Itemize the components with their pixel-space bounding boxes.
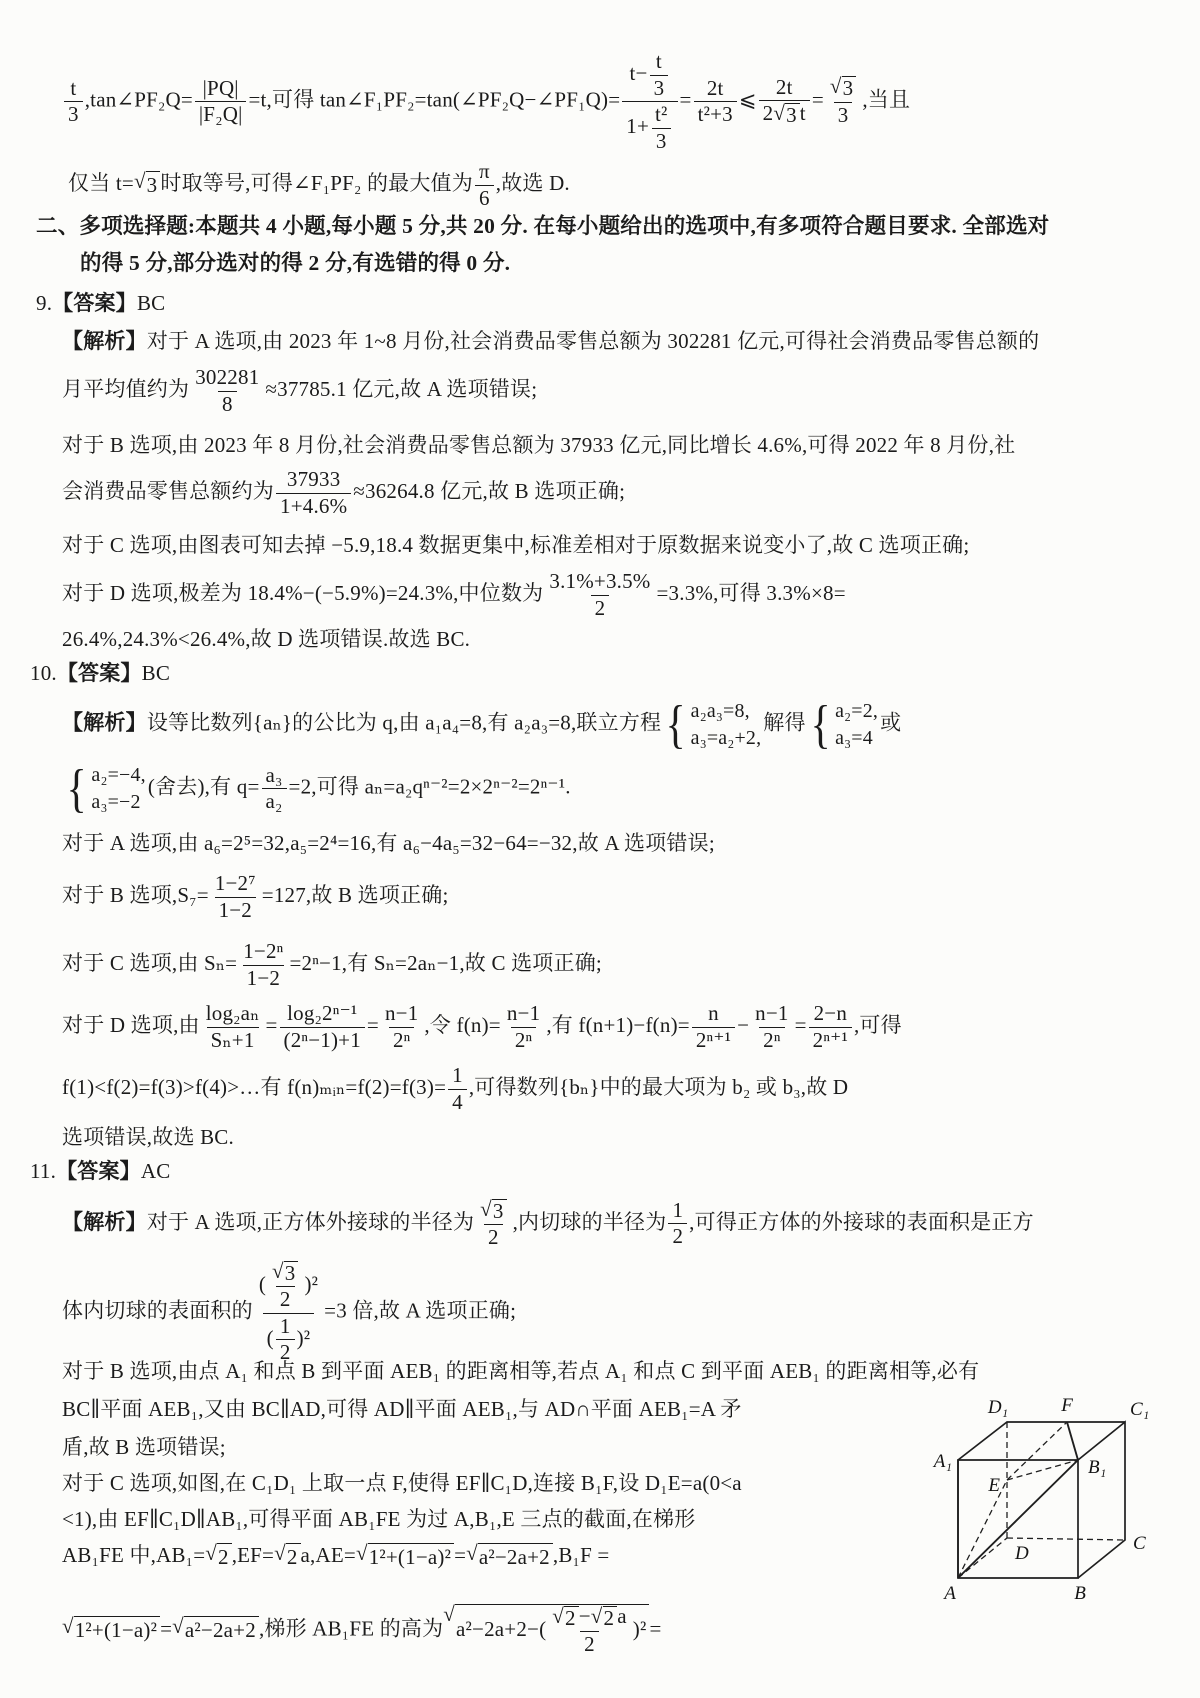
radical: √3: [272, 1261, 298, 1286]
fraction: 12: [668, 1199, 687, 1249]
q10-option-d-2: f(1)<f(2)=f(3)>f(4)>…有 f(n)ₘᵢₙ=f(2)=f(3)…: [62, 1064, 848, 1114]
radical: √3: [773, 103, 799, 128]
q10-option-d-1: 对于 D 选项,由log₂aₙSₙ+1=log₂2ⁿ⁻¹(2ⁿ−1)+1=n−1…: [62, 1002, 902, 1052]
q11-option-c-2: <1),由 EF∥C₁D∥AB₁,可得平面 AB₁FE 为过 A,B₁,E 三点…: [62, 1506, 695, 1533]
fraction: n−12ⁿ: [381, 1002, 422, 1052]
vertex-label-e: E: [987, 1475, 1000, 1496]
fraction: (√32)²(12)²: [255, 1260, 322, 1365]
vertex-label-f: F: [1060, 1395, 1073, 1416]
q9-option-a-1: 【解析】对于 A 选项,由 2023 年 1~8 月份,社会消费品零售总额为 3…: [62, 328, 1039, 355]
fraction: 2t2√3t: [759, 76, 810, 128]
fraction: √32: [476, 1198, 510, 1250]
q8-formula-continued: t3,tan∠PF₂Q=|PQ||F₂Q|=t,可得 tan∠F₁PF₂=tan…: [62, 50, 910, 153]
fraction: 379331+4.6%: [276, 468, 351, 518]
equation-system: {a₂a₃=8,a₃=a₂+2,: [663, 698, 761, 752]
fraction: π6: [475, 160, 494, 210]
fraction: t3: [650, 50, 669, 100]
q11-option-a-2: 体内切球的表面积的(√32)²(12)²=3 倍,故 A 选项正确;: [62, 1260, 516, 1365]
radical: √2: [591, 1606, 617, 1631]
fraction: 3022818: [191, 366, 263, 416]
q11-option-c-4: √1²+(1−a)²=√a²−2a+2,梯形 AB₁FE 的高为√a²−2a+2…: [62, 1604, 662, 1657]
radical: √2: [205, 1543, 231, 1571]
fraction: t3: [64, 77, 83, 127]
vertex-label-d: D: [1014, 1543, 1029, 1564]
radical: √a²−2a+2: [172, 1616, 259, 1644]
radical: √2: [552, 1606, 578, 1631]
q9-option-c: 对于 C 选项,由图表可知去掉 −5.9,18.4 数据更集中,标准差相对于原数…: [62, 532, 969, 559]
q10-answer: 10.【答案】BC: [30, 660, 170, 687]
fraction: √33: [826, 76, 860, 128]
radical: √1²+(1−a)²: [62, 1616, 160, 1644]
q9-option-a-2: 月平均值约为3022818≈37785.1 亿元,故 A 选项错误;: [62, 366, 537, 416]
fraction: n2ⁿ⁺¹: [692, 1002, 735, 1052]
radical: √3: [830, 76, 856, 101]
fraction: 2tt²+3: [694, 77, 737, 127]
vertex-label-a1: A₁: [932, 1451, 952, 1472]
fraction: 1−2ⁿ1−2: [239, 940, 287, 990]
radical: √3: [480, 1199, 506, 1224]
vertex-label-d1: D₁: [987, 1397, 1008, 1418]
q11-option-b-1: 对于 B 选项,由点 A₁ 和点 B 到平面 AEB₁ 的距离相等,若点 A₁ …: [62, 1358, 979, 1385]
vertex-label-a: A: [942, 1583, 956, 1604]
vertex-label-c1: C₁: [1130, 1399, 1149, 1420]
fraction: log₂aₙSₙ+1: [202, 1002, 264, 1052]
section2-header-line1: 二、多项选择题:本题共 4 小题,每小题 5 分,共 20 分. 在每小题给出的…: [36, 213, 1049, 241]
equation-system: {a₂=2,a₃=4: [808, 698, 878, 752]
equation-system: {a₂=−4,a₃=−2: [64, 762, 146, 816]
q10-option-a: 对于 A 选项,由 a₆=2⁵=32,a₅=2⁴=16,有 a₆−4a₅=32−…: [62, 830, 715, 857]
vertex-label-c: C: [1133, 1533, 1146, 1554]
q10-analysis-1: 【解析】设等比数列{aₙ}的公比为 q,由 a₁a₄=8,有 a₂a₃=8,联立…: [62, 698, 901, 752]
radical: √3: [134, 171, 160, 199]
q8-conclusion: 仅当 t=√3时取等号,可得∠F₁PF₂ 的最大值为π6,故选 D.: [68, 160, 570, 210]
radical: √2: [274, 1543, 300, 1571]
q11-option-b-3: 盾,故 B 选项错误;: [62, 1434, 226, 1461]
fraction: a₃a₂: [262, 764, 287, 814]
fraction: 14: [448, 1064, 467, 1114]
radical: √a²−2a+2: [466, 1543, 553, 1571]
radical: √a²−2a+2−(√2−√2a2)²: [443, 1604, 649, 1657]
q9-option-b-2: 会消费品零售总额约为379331+4.6%≈36264.8 亿元,故 B 选项正…: [62, 468, 625, 518]
section2-header-line2: 的得 5 分,部分选对的得 2 分,有选错的得 0 分.: [80, 250, 510, 278]
q9-option-d-2: 26.4%,24.3%<26.4%,故 D 选项错误.故选 BC.: [62, 626, 470, 653]
q10-option-d-3: 选项错误,故选 BC.: [62, 1124, 234, 1151]
q9-option-b-1: 对于 B 选项,由 2023 年 8 月份,社会消费品零售总额为 37933 亿…: [62, 432, 1015, 459]
q11-option-c-1: 对于 C 选项,如图,在 C₁D₁ 上取一点 F,使得 EF∥C₁D,连接 B₁…: [62, 1470, 742, 1497]
vertex-label-b1: B₁: [1088, 1457, 1106, 1478]
q10-option-b: 对于 B 选项,S₇=1−2⁷1−2=127,故 B 选项正确;: [62, 872, 449, 922]
fraction: t−t31+t²3: [622, 50, 677, 153]
fraction: 3.1%+3.5%2: [545, 570, 654, 620]
cube-figure: A B C D A₁ B₁ C₁ D₁ E F: [920, 1383, 1175, 1618]
q11-option-c-3: AB₁FE 中,AB₁=√2,EF=√2a,AE=√1²+(1−a)²=√a²−…: [62, 1542, 609, 1571]
q9-answer: 9.【答案】BC: [36, 290, 165, 317]
q10-analysis-2: {a₂=−4,a₃=−2(舍去),有 q=a₃a₂=2,可得 aₙ=a₂qⁿ⁻²…: [62, 762, 571, 816]
exam-solution-page: t3,tan∠PF₂Q=|PQ||F₂Q|=t,可得 tan∠F₁PF₂=tan…: [0, 0, 1200, 1698]
q11-option-a-1: 【解析】对于 A 选项,正方体外接球的半径为√32,内切球的半径为12,可得正方…: [62, 1198, 1034, 1250]
fraction: t²3: [651, 103, 672, 153]
fraction: 1−2⁷1−2: [211, 872, 260, 922]
fraction: n−12ⁿ: [751, 1002, 792, 1052]
fraction: √32: [268, 1260, 302, 1312]
vertex-label-b: B: [1074, 1583, 1086, 1604]
radical: √1²+(1−a)²: [356, 1543, 454, 1571]
q10-option-c: 对于 C 选项,由 Sₙ=1−2ⁿ1−2=2ⁿ−1,有 Sₙ=2aₙ−1,故 C…: [62, 940, 602, 990]
fraction: √2−√2a2: [548, 1605, 630, 1657]
fraction: 2−n2ⁿ⁺¹: [809, 1002, 852, 1052]
q11-option-b-2: BC∥平面 AEB₁,又由 BC∥AD,可得 AD∥平面 AEB₁,与 AD∩平…: [62, 1396, 742, 1423]
q11-answer: 11.【答案】AC: [30, 1158, 170, 1185]
q9-option-d-1: 对于 D 选项,极差为 18.4%−(−5.9%)=24.3%,中位数为3.1%…: [62, 570, 846, 620]
fraction: |PQ||F₂Q|: [195, 77, 247, 127]
fraction: log₂2ⁿ⁻¹(2ⁿ−1)+1: [280, 1002, 365, 1052]
fraction: n−12ⁿ: [503, 1002, 544, 1052]
